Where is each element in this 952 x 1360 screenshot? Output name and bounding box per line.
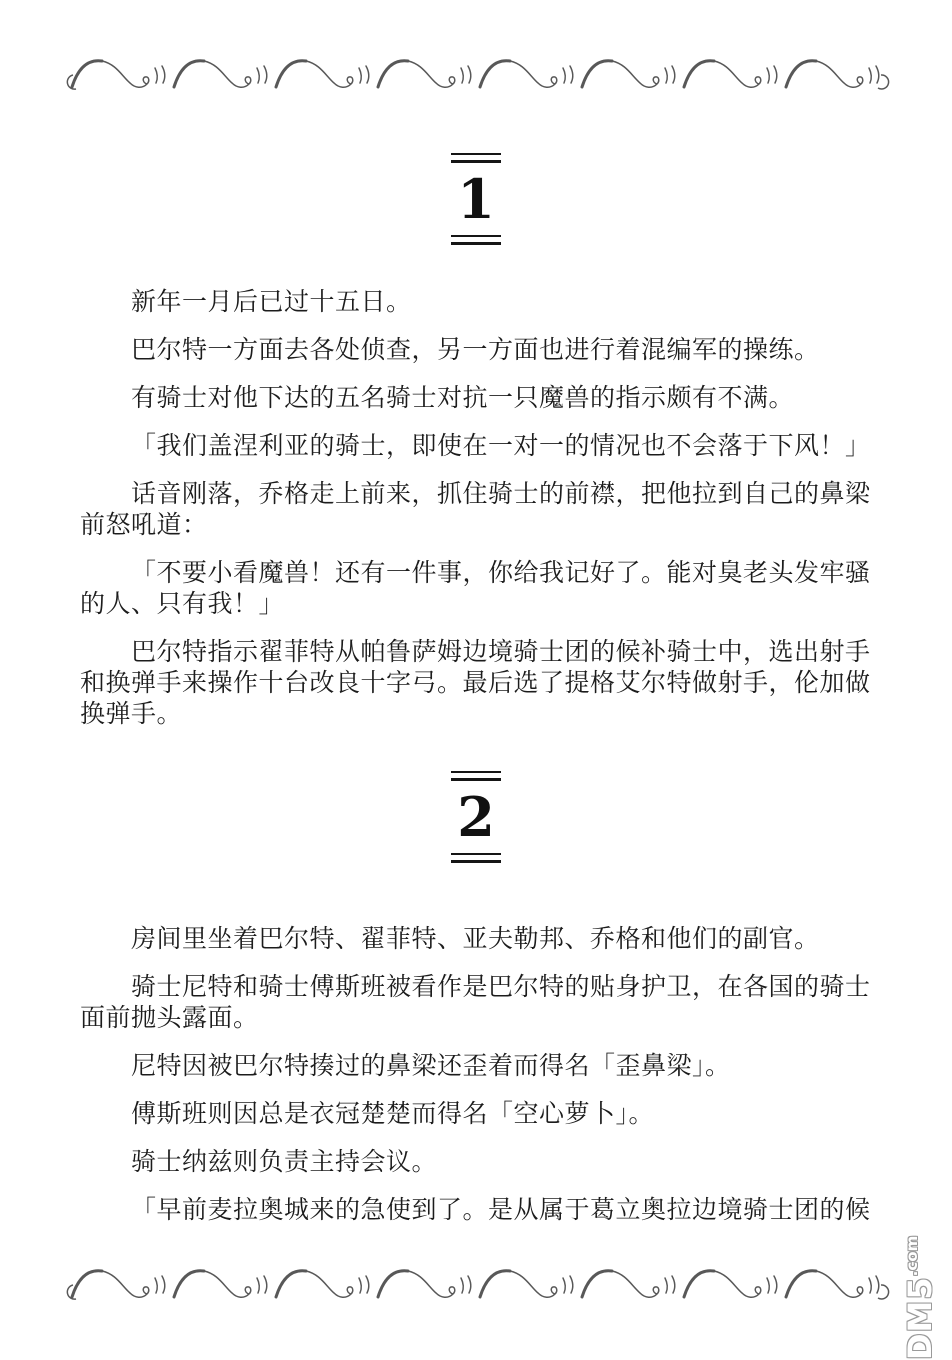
paragraph: 巴尔特一方面去各处侦查，另一方面也进行着混编军的操练。 (80, 335, 872, 366)
paragraph: 房间里坐着巴尔特、翟菲特、亚夫勒邦、乔格和他们的副官。 (80, 924, 872, 955)
paragraph: 「不要小看魔兽！还有一件事，你给我记好了。能对臭老头发牢骚的人、只有我！」 (80, 558, 872, 620)
watermark-suffix-text: .com (903, 1236, 921, 1277)
header-double-rule (451, 235, 501, 245)
paragraph: 傅斯班则因总是衣冠楚楚而得名「空心萝卜」。 (80, 1099, 872, 1130)
section-1-body: 新年一月后已过十五日。 巴尔特一方面去各处侦查，另一方面也进行着混编军的操练。 … (80, 287, 872, 747)
paragraph: 话音刚落，乔格走上前来，抓住骑士的前襟，把他拉到自己的鼻梁前怒吼道： (80, 479, 872, 541)
paragraph: 巴尔特指示翟菲特从帕鲁萨姆边境骑士团的候补骑士中，选出射手和换弹手来操作十台改良… (80, 637, 872, 730)
paragraph: 「我们盖涅利亚的骑士，即使在一对一的情况也不会落于下风！」 (80, 431, 872, 462)
header-double-rule (451, 771, 501, 781)
paragraph: 尼特因被巴尔特揍过的鼻梁还歪着而得名「歪鼻梁」。 (80, 1051, 872, 1082)
section-number: 2 (457, 787, 495, 847)
paragraph: 骑士纳兹则负责主持会议。 (80, 1147, 872, 1178)
flourish-border-top-icon (60, 52, 892, 104)
novel-page: 1 新年一月后已过十五日。 巴尔特一方面去各处侦查，另一方面也进行着混编军的操练… (0, 0, 952, 1360)
watermark-brand-text: DM5 (901, 1276, 939, 1360)
flourish-border-bottom-icon (60, 1262, 892, 1314)
section-number: 1 (457, 169, 495, 229)
paragraph: 骑士尼特和骑士傅斯班被看作是巴尔特的贴身护卫，在各国的骑士面前抛头露面。 (80, 972, 872, 1034)
paragraph: 「早前麦拉奥城来的急使到了。是从属于葛立奥拉边境骑士团的候 (80, 1195, 872, 1226)
section-1-header: 1 (0, 153, 952, 245)
section-2-body: 房间里坐着巴尔特、翟菲特、亚夫勒邦、乔格和他们的副官。 骑士尼特和骑士傅斯班被看… (80, 924, 872, 1243)
header-double-rule (451, 153, 501, 163)
header-double-rule (451, 853, 501, 863)
paragraph: 有骑士对他下达的五名骑士对抗一只魔兽的指示颇有不满。 (80, 383, 872, 414)
dm5-watermark: DM5.com (900, 1220, 940, 1360)
paragraph: 新年一月后已过十五日。 (80, 287, 872, 318)
section-2-header: 2 (0, 771, 952, 863)
